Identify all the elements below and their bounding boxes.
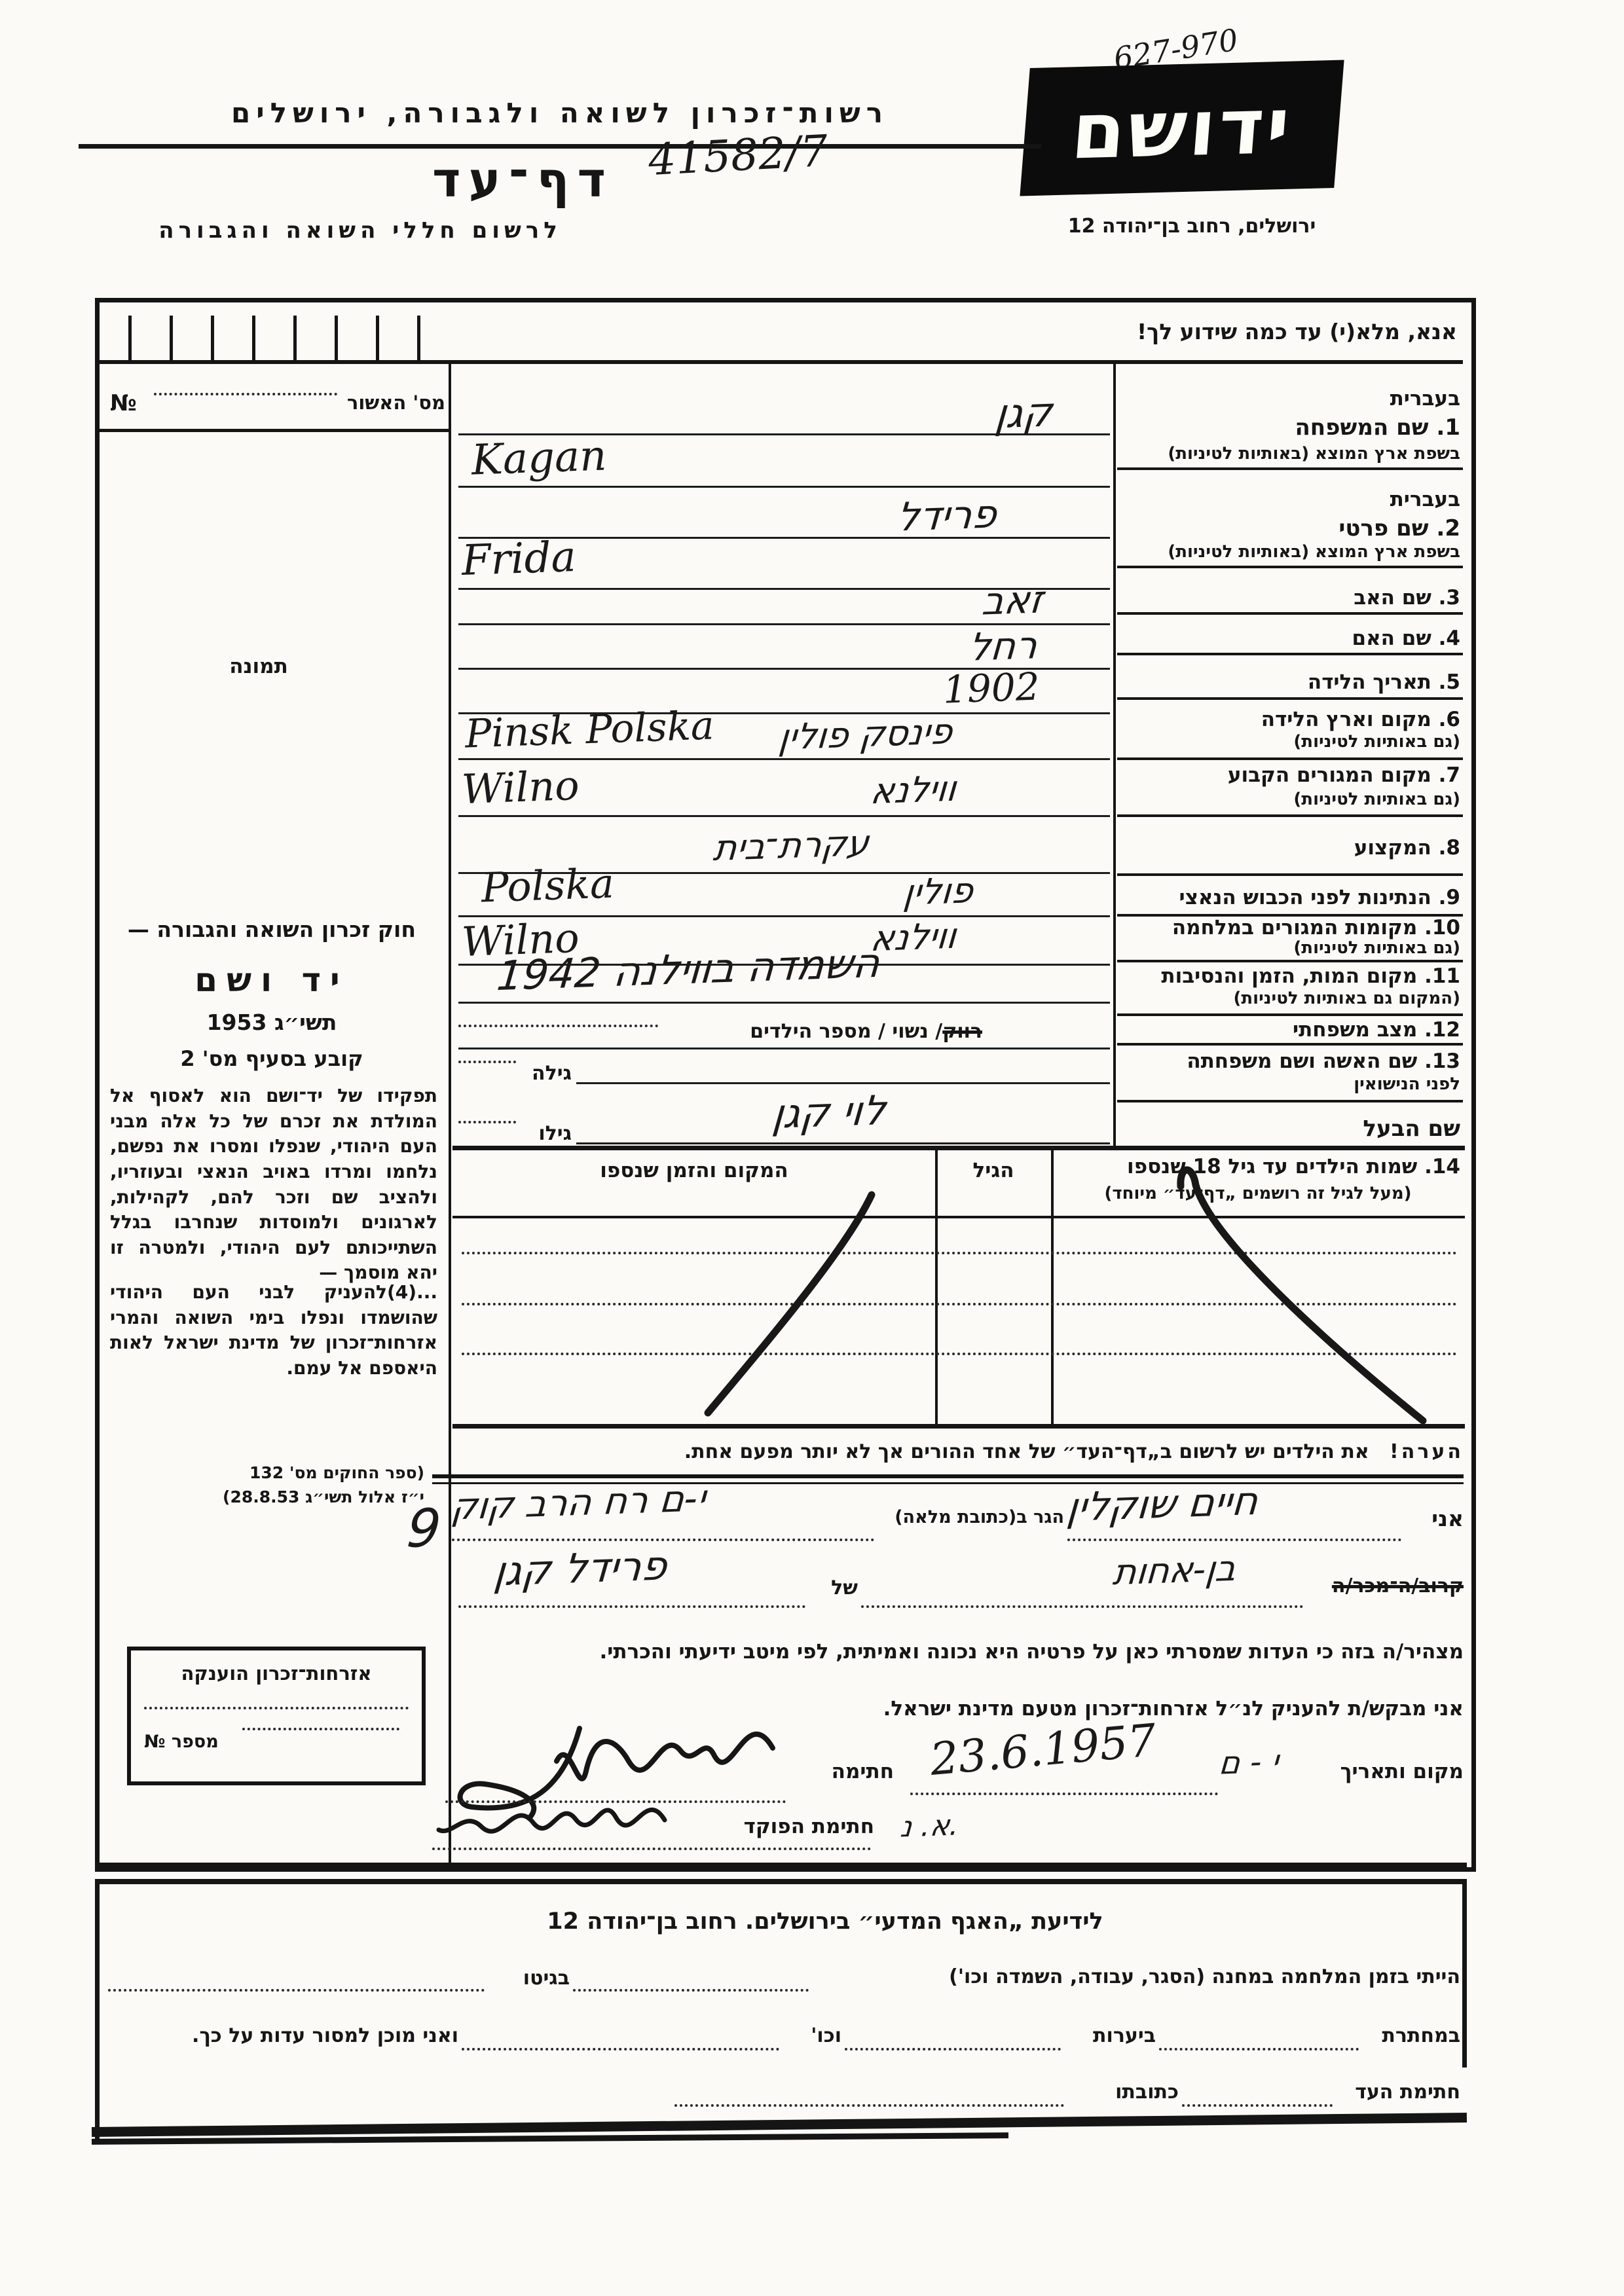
note-label: הערה!	[1390, 1440, 1464, 1463]
her-age-label: גילה	[519, 1062, 572, 1085]
label-rule	[1117, 1043, 1463, 1046]
field-label-nationality: 9. הנתינות לפני הכבוש הנאצי	[1120, 886, 1460, 910]
crossout-strokes	[452, 1146, 1465, 1427]
footer-war-line: הייתי בזמן המלחמה במחנה (הסגר, עבודה, הש…	[815, 1965, 1460, 1988]
footer-forests-label: ביערות	[1064, 2024, 1156, 2047]
label-rule	[1117, 873, 1463, 876]
subject-name-dotted	[458, 1605, 805, 1608]
section-double-rule-1	[95, 1863, 1467, 1871]
declaration-resides-label: הגר ב(כתובת מלאה)	[881, 1507, 1064, 1527]
hw-war-residence-hebrew: ווילנא	[869, 919, 957, 957]
comb-tick	[211, 316, 214, 360]
yad-vashem-logo: ידושם	[1020, 60, 1344, 196]
field-pre-hebrew-2: בעברית	[1120, 488, 1460, 512]
relation-label-struck: קרוב/ה־מכר/ה	[1306, 1575, 1464, 1597]
header-rule	[100, 360, 1463, 364]
comb-tick	[417, 316, 420, 360]
citizenship-number-dotted	[242, 1728, 399, 1730]
comb-tick	[293, 316, 297, 360]
field-sub-wife-name: לפני הנישואין	[1117, 1074, 1460, 1094]
label-rule	[1117, 757, 1463, 760]
cert-number-label: מס' האשור	[341, 392, 445, 414]
date-dotted	[910, 1793, 1218, 1795]
field-label-family-name: 1. שם המשפחה	[1120, 415, 1460, 441]
hw-mother-name: רחל	[967, 626, 1039, 666]
hw-witness-address-number: 9	[405, 1502, 443, 1556]
law-reference-2: י״ז אלול תשי״ג 28.8.53)	[110, 1487, 424, 1506]
law-body-text: תפקידו של יד־ושם הוא לאסוף אל המולדת את …	[110, 1084, 437, 1286]
label-rule	[1117, 566, 1463, 568]
hw-family-name-hebrew: קגן	[993, 392, 1054, 435]
authority-underline	[79, 144, 1041, 149]
field-label-death-place: 11. מקום המות, הזמן והנסיבות	[1120, 965, 1460, 989]
handwritten-form-number: 41582/7	[647, 130, 828, 182]
hw-place: י - ם	[1218, 1745, 1280, 1779]
cert-underline	[100, 429, 449, 432]
his-age-dotted	[458, 1121, 516, 1123]
footer-dotted	[1159, 2048, 1359, 2050]
clerk-signature-label: חתימת הפוקד	[678, 1815, 874, 1838]
comb-tick	[376, 316, 379, 360]
hw-profession: עקרת־בית	[712, 826, 870, 866]
field-label-birth-place: 6. מקום וארץ הלידה	[1120, 708, 1460, 732]
form-subtitle: לרשום חללי השואה והגבורה	[147, 217, 573, 244]
field-label-first-name: 2. שם פרטי	[1120, 516, 1460, 541]
footer-bottom-bar-1	[92, 2113, 1467, 2137]
field-sub-death-place: (המקום גם באותיות לטיניות)	[1117, 989, 1460, 1008]
writing-line	[458, 1048, 1110, 1049]
field-label-father-name: 3. שם האב	[1120, 587, 1460, 610]
footer-dotted	[674, 2104, 1064, 2107]
witness-name-dotted	[1067, 1539, 1401, 1541]
field-label-marital-status: 12. מצב משפחתי	[1120, 1019, 1460, 1042]
footer-witness-address-label: כתובתו	[1067, 2081, 1179, 2104]
logo-text: ידושם	[1068, 80, 1295, 176]
law-heading: חוק זכרון השואה והגבורה —	[115, 917, 429, 942]
law-clause: קובע בסעיף מס' 2	[115, 1046, 429, 1071]
hw-birth-place-latin: Pinsk Polska	[464, 706, 714, 754]
hw-father-name: זאב	[980, 580, 1044, 620]
law-reference-1: (ספר החוקים מס' 132	[110, 1463, 424, 1482]
clerk-signature	[429, 1784, 678, 1856]
declaration-i-label: אני	[1408, 1506, 1464, 1531]
field-sub-residence: (גם באותיות לטיניות)	[1117, 790, 1460, 809]
marital-options-rest: / נשוי / מספר הילדים	[750, 1020, 942, 1043]
form-title: דף־עד	[432, 152, 614, 208]
footer-right-border	[1462, 1884, 1467, 2068]
writing-line	[458, 1002, 1110, 1004]
declaration-statement: מצהיר/ה בזה כי העדות שמסרתי כאן על פרטיה…	[455, 1640, 1464, 1664]
clerk-signature-dotted	[432, 1848, 871, 1850]
his-age-label: גילו	[519, 1122, 572, 1145]
label-rule	[1117, 697, 1463, 700]
footer-dotted	[1182, 2104, 1333, 2107]
comb-tick	[252, 316, 255, 360]
citizenship-number-label: מספר №	[144, 1732, 219, 1752]
writing-line	[576, 1142, 1110, 1144]
footer-ghetto-label: בגיטו	[488, 1967, 570, 1990]
field-label-profession: 8. המקצוע	[1120, 837, 1460, 860]
field-label-mother-name: 4. שם האם	[1120, 627, 1460, 651]
hw-husband-name: לוי קגן	[771, 1090, 887, 1135]
label-rule	[1117, 1013, 1463, 1016]
law-yad-vashem: יד ושם	[115, 961, 429, 999]
hw-first-name-latin: Frida	[461, 536, 577, 582]
field-label-birth-date: 5. תאריך הלידה	[1120, 671, 1460, 695]
place-date-label: מקום ותאריך	[1306, 1760, 1464, 1783]
footer-dotted	[462, 2048, 779, 2050]
label-rule	[1117, 1100, 1463, 1102]
her-age-dotted	[458, 1061, 516, 1063]
footer-etc-label: וכו'	[783, 2024, 841, 2047]
hw-birth-place-hebrew: פינסק פולין	[777, 714, 954, 755]
label-rule	[1117, 814, 1463, 817]
relation-dotted	[861, 1605, 1303, 1608]
law-year: תשי״ג 1953	[115, 1010, 429, 1035]
field-pre-hebrew-1: בעברית	[1120, 388, 1460, 411]
label-rule	[1117, 960, 1463, 962]
hw-witness-name: חיים שוקלין	[1065, 1482, 1260, 1527]
citizenship-grant-title: אזרחות־זכרון הוענקה	[131, 1662, 422, 1685]
writing-line	[458, 758, 1110, 760]
marital-dotted-line	[458, 1025, 658, 1027]
cert-number-dotted-line	[154, 393, 337, 395]
writing-line	[458, 815, 1110, 817]
hw-residence-hebrew: ווילנא	[869, 771, 957, 810]
footer-dotted	[108, 1989, 485, 1992]
declaration-of-label: של	[812, 1576, 858, 1599]
photo-placeholder-label: תמונה	[210, 655, 308, 678]
label-rule	[1117, 653, 1463, 655]
comb-tick	[335, 316, 338, 360]
section-double-rule-2	[95, 1879, 1467, 1884]
left-column-divider	[449, 361, 451, 1863]
number-symbol: №	[110, 390, 137, 416]
logo-address: ירושלים, רחוב בן־יהודה 12	[1008, 215, 1375, 238]
note-separator	[432, 1474, 1464, 1478]
footer-dotted	[845, 2048, 1061, 2050]
field-sub-war-residence: (גם באותיות לטיניות)	[1117, 938, 1460, 958]
footer-left-border	[95, 1884, 100, 2140]
footer-underground-label: במחתרת	[1362, 2024, 1460, 2047]
labels-column-divider	[1113, 361, 1116, 1146]
comb-tick	[128, 316, 132, 360]
signature-label: חתימה	[796, 1760, 894, 1783]
note-line: הערה! את הילדים יש לרשום ב„דף־העד״ של אח…	[455, 1440, 1464, 1463]
writing-line	[576, 1082, 1110, 1084]
authority-title: רשות־זכרון לשואה ולגבורה, ירושלים	[82, 97, 1038, 129]
hw-subject-name: פרידל קגן	[492, 1545, 669, 1592]
fill-in-instruction: אנא, מלא(י) עד כמה שידוע לך!	[1087, 319, 1457, 344]
field-sub-first-name: בשפת ארץ המוצא (באותיות לטיניות)	[1117, 542, 1460, 562]
hw-relation: בן-אחות	[1111, 1551, 1237, 1590]
hw-nationality-hebrew: פולין	[902, 873, 974, 911]
field-label-wife-name: 13. שם האשה ושם משפחתה	[1120, 1050, 1460, 1074]
field-label-war-residence: 10. מקומות המגורים במלחמה	[1120, 917, 1460, 940]
page-of-testimony-document: 627-970 ידושם ירושלים, רחוב בן־יהודה 12 …	[0, 0, 1624, 2296]
field-sub-birth-place: (גם באותיות לטיניות)	[1117, 732, 1460, 752]
label-rule	[1117, 612, 1463, 615]
hw-nationality-latin: Polska	[481, 863, 615, 908]
footer-witness-signature-label: חתימת העד	[1336, 2081, 1460, 2104]
witness-address-dotted	[452, 1539, 874, 1541]
field-label-residence: 7. מקום המגורים הקבוע	[1120, 764, 1460, 788]
hw-residence-latin: Wilno	[461, 765, 580, 810]
field-label-husband-name: שם הבעל	[1120, 1116, 1460, 1142]
footer-notice: לידיעת „האגף המדעי״ בירושלים. רחוב בן־יה…	[432, 1908, 1218, 1935]
law-body-text-2: ...(4)להעניק לבני העם היהודי שהושמדו ונפ…	[110, 1280, 437, 1381]
writing-line	[458, 486, 1110, 488]
note-text: את הילדים יש לרשום ב„דף־העד״ של אחד ההור…	[684, 1440, 1369, 1463]
hw-family-name-latin: Kagan	[471, 435, 607, 481]
footer-testify-label: ואני מוכן למסור עדות על כך.	[98, 2024, 458, 2047]
hw-birth-date: 1902	[942, 667, 1041, 708]
hw-clerk-initials: א. נ.	[899, 1811, 960, 1842]
footer-dotted	[573, 1989, 809, 1992]
hw-first-name-hebrew: פרידל	[895, 494, 998, 537]
label-rule	[1117, 467, 1463, 470]
comb-tick	[170, 316, 173, 360]
hw-witness-address: י-ם רח הרב קוק	[450, 1480, 707, 1525]
marital-option-struck: רווק	[942, 1020, 982, 1043]
field-sub-family-name: בשפת ארץ המוצא (באותיות לטיניות)	[1117, 444, 1460, 464]
citizenship-dotted-line	[144, 1707, 409, 1709]
citizenship-grant-box: אזרחות־זכרון הוענקה מספר №	[127, 1647, 426, 1785]
marital-options: רווק/ נשוי / מספר הילדים	[668, 1020, 982, 1043]
